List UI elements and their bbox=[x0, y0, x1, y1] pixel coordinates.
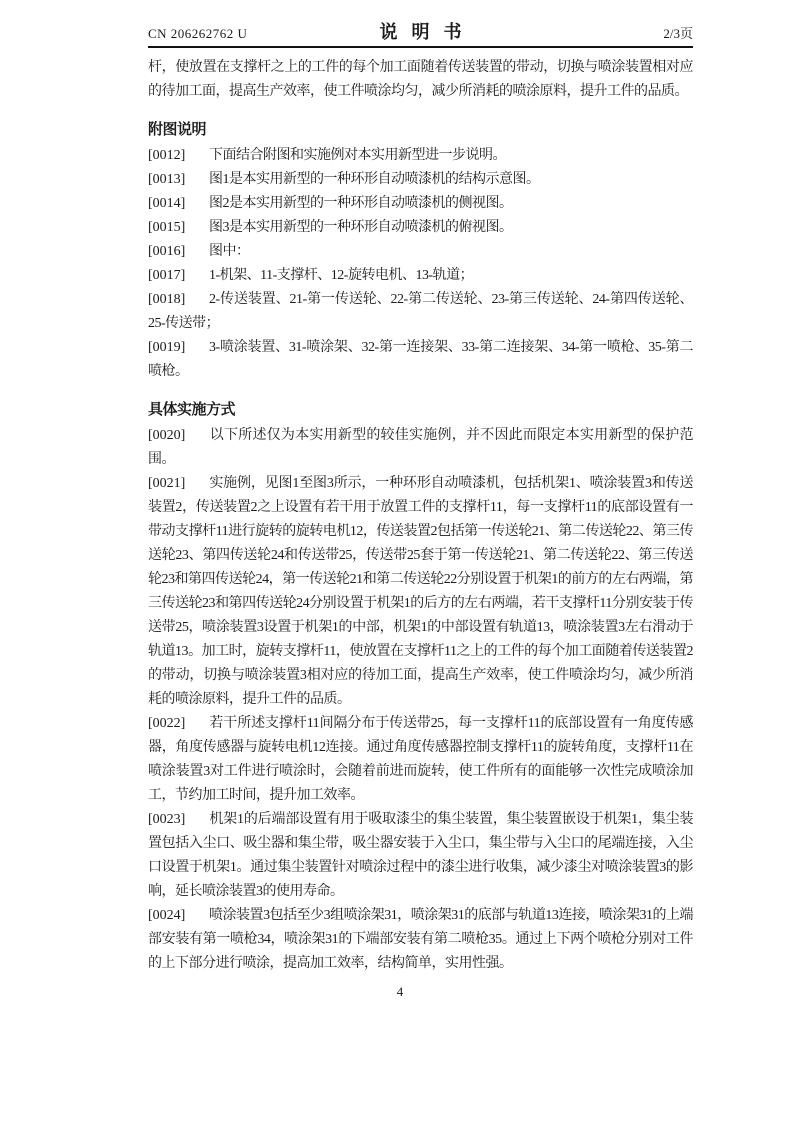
paragraph-text: 以下所述仅为本实用新型的较佳实施例，并不因此而限定本实用新型的保护范围。 bbox=[148, 428, 693, 467]
numbered-paragraph: [0017]1-机架、11-支撑杆、12-旋转电机、13-轨道； bbox=[148, 264, 693, 288]
paragraph-text: 图1是本实用新型的一种环形自动喷漆机的结构示意图。 bbox=[209, 172, 540, 187]
section-heading: 附图说明 bbox=[148, 118, 693, 142]
paragraph-number: [0013] bbox=[148, 168, 192, 192]
paragraph-text: 图2是本实用新型的一种环形自动喷漆机的侧视图。 bbox=[209, 196, 513, 211]
paragraph-number: [0018] bbox=[148, 288, 192, 312]
numbered-paragraph: [0019]3-喷涂装置、31-喷涂架、32-第一连接架、33-第二连接架、34… bbox=[148, 336, 693, 384]
paragraph-number: [0021] bbox=[148, 472, 192, 496]
paragraph-text: 机架1的后端部设置有用于吸取漆尘的集尘装置，集尘装置嵌设于机架1，集尘装置包括入… bbox=[148, 812, 693, 899]
numbered-paragraph: [0024]喷涂装置3包括至少3组喷涂架31，喷涂架31的底部与轨道13连接，喷… bbox=[148, 904, 693, 976]
numbered-paragraph: [0012]下面结合附图和实施例对本实用新型进一步说明。 bbox=[148, 144, 693, 168]
page-footer: 4 bbox=[0, 984, 800, 1000]
numbered-paragraph: [0018]2-传送装置、21-第一传送轮、22-第二传送轮、23-第三传送轮、… bbox=[148, 288, 693, 336]
numbered-paragraph: [0016]图中： bbox=[148, 240, 693, 264]
numbered-paragraph: [0021]实施例，见图1至图3所示，一种环形自动喷漆机，包括机架1、喷涂装置3… bbox=[148, 472, 693, 712]
paragraph-text: 2-传送装置、21-第一传送轮、22-第二传送轮、23-第三传送轮、24-第四传… bbox=[148, 292, 693, 331]
page-header: CN 206262762 U 说明书 2/3页 bbox=[148, 18, 693, 48]
paragraph-number: [0014] bbox=[148, 192, 192, 216]
paragraph-text: 图3是本实用新型的一种环形自动喷漆机的俯视图。 bbox=[209, 220, 513, 235]
numbered-paragraph: [0013]图1是本实用新型的一种环形自动喷漆机的结构示意图。 bbox=[148, 168, 693, 192]
paragraph-text: 3-喷涂装置、31-喷涂架、32-第一连接架、33-第二连接架、34-第一喷枪、… bbox=[148, 340, 693, 379]
paragraph-number: [0016] bbox=[148, 240, 192, 264]
paragraph-number: [0023] bbox=[148, 808, 192, 832]
paragraph-number: [0017] bbox=[148, 264, 192, 288]
numbered-paragraph: [0014]图2是本实用新型的一种环形自动喷漆机的侧视图。 bbox=[148, 192, 693, 216]
continuation-paragraph: 杆，使放置在支撑杆之上的工件的每个加工面随着传送装置的带动，切换与喷涂装置相对应… bbox=[148, 56, 693, 104]
document-title: 说明书 bbox=[148, 18, 693, 44]
document-body: 杆，使放置在支撑杆之上的工件的每个加工面随着传送装置的带动，切换与喷涂装置相对应… bbox=[148, 56, 693, 976]
numbered-paragraph: [0022]若干所述支撑杆11间隔分布于传送带25，每一支撑杆11的底部设置有一… bbox=[148, 712, 693, 808]
paragraph-number: [0022] bbox=[148, 712, 192, 736]
numbered-paragraph: [0015]图3是本实用新型的一种环形自动喷漆机的俯视图。 bbox=[148, 216, 693, 240]
paragraph-number: [0020] bbox=[148, 424, 192, 448]
paragraph-text: 实施例，见图1至图3所示，一种环形自动喷漆机，包括机架1、喷涂装置3和传送装置2… bbox=[148, 476, 693, 707]
paragraph-number: [0012] bbox=[148, 144, 192, 168]
paragraph-text: 杆，使放置在支撑杆之上的工件的每个加工面随着传送装置的带动，切换与喷涂装置相对应… bbox=[148, 60, 693, 99]
page-number: 4 bbox=[397, 984, 404, 999]
paragraph-text: 喷涂装置3包括至少3组喷涂架31，喷涂架31的底部与轨道13连接，喷涂架31的上… bbox=[148, 908, 693, 971]
numbered-paragraph: [0020]以下所述仅为本实用新型的较佳实施例，并不因此而限定本实用新型的保护范… bbox=[148, 424, 693, 472]
paragraph-text: 1-机架、11-支撑杆、12-旋转电机、13-轨道； bbox=[209, 268, 473, 283]
numbered-paragraph: [0023]机架1的后端部设置有用于吸取漆尘的集尘装置，集尘装置嵌设于机架1，集… bbox=[148, 808, 693, 904]
paragraph-number: [0015] bbox=[148, 216, 192, 240]
paragraph-number: [0019] bbox=[148, 336, 192, 360]
page-indicator: 2/3页 bbox=[663, 23, 693, 42]
patent-specification-page: CN 206262762 U 说明书 2/3页 杆，使放置在支撑杆之上的工件的每… bbox=[0, 0, 800, 1132]
paragraph-text: 下面结合附图和实施例对本实用新型进一步说明。 bbox=[209, 148, 506, 163]
paragraph-text: 若干所述支撑杆11间隔分布于传送带25，每一支撑杆11的底部设置有一角度传感器，… bbox=[148, 716, 693, 803]
section-heading: 具体实施方式 bbox=[148, 398, 693, 422]
paragraph-text: 图中： bbox=[209, 244, 250, 259]
paragraph-number: [0024] bbox=[148, 904, 192, 928]
